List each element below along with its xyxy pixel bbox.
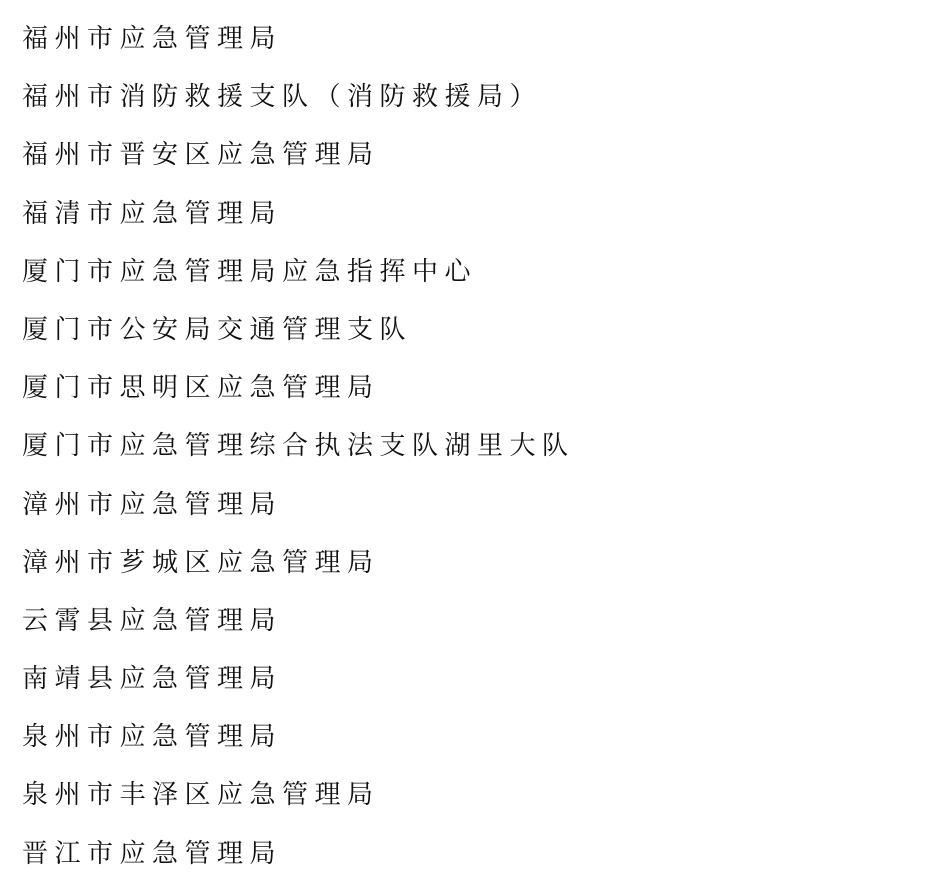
list-item: 厦门市应急管理局应急指挥中心 [22, 247, 575, 305]
list-item: 福州市应急管理局 [22, 14, 575, 72]
list-item: 漳州市芗城区应急管理局 [22, 538, 575, 596]
list-item: 泉州市丰泽区应急管理局 [22, 770, 575, 828]
list-item: 泉州市应急管理局 [22, 712, 575, 770]
organization-list: 福州市应急管理局 福州市消防救援支队（消防救援局） 福州市晋安区应急管理局 福清… [22, 14, 575, 887]
list-item: 厦门市应急管理综合执法支队湖里大队 [22, 421, 575, 479]
list-item: 福清市应急管理局 [22, 189, 575, 247]
list-item: 厦门市公安局交通管理支队 [22, 305, 575, 363]
list-item: 厦门市思明区应急管理局 [22, 363, 575, 421]
list-item: 南靖县应急管理局 [22, 654, 575, 712]
list-item: 福州市晋安区应急管理局 [22, 130, 575, 188]
list-item: 晋江市应急管理局 [22, 829, 575, 887]
list-item: 福州市消防救援支队（消防救援局） [22, 72, 575, 130]
list-item: 云霄县应急管理局 [22, 596, 575, 654]
list-item: 漳州市应急管理局 [22, 480, 575, 538]
